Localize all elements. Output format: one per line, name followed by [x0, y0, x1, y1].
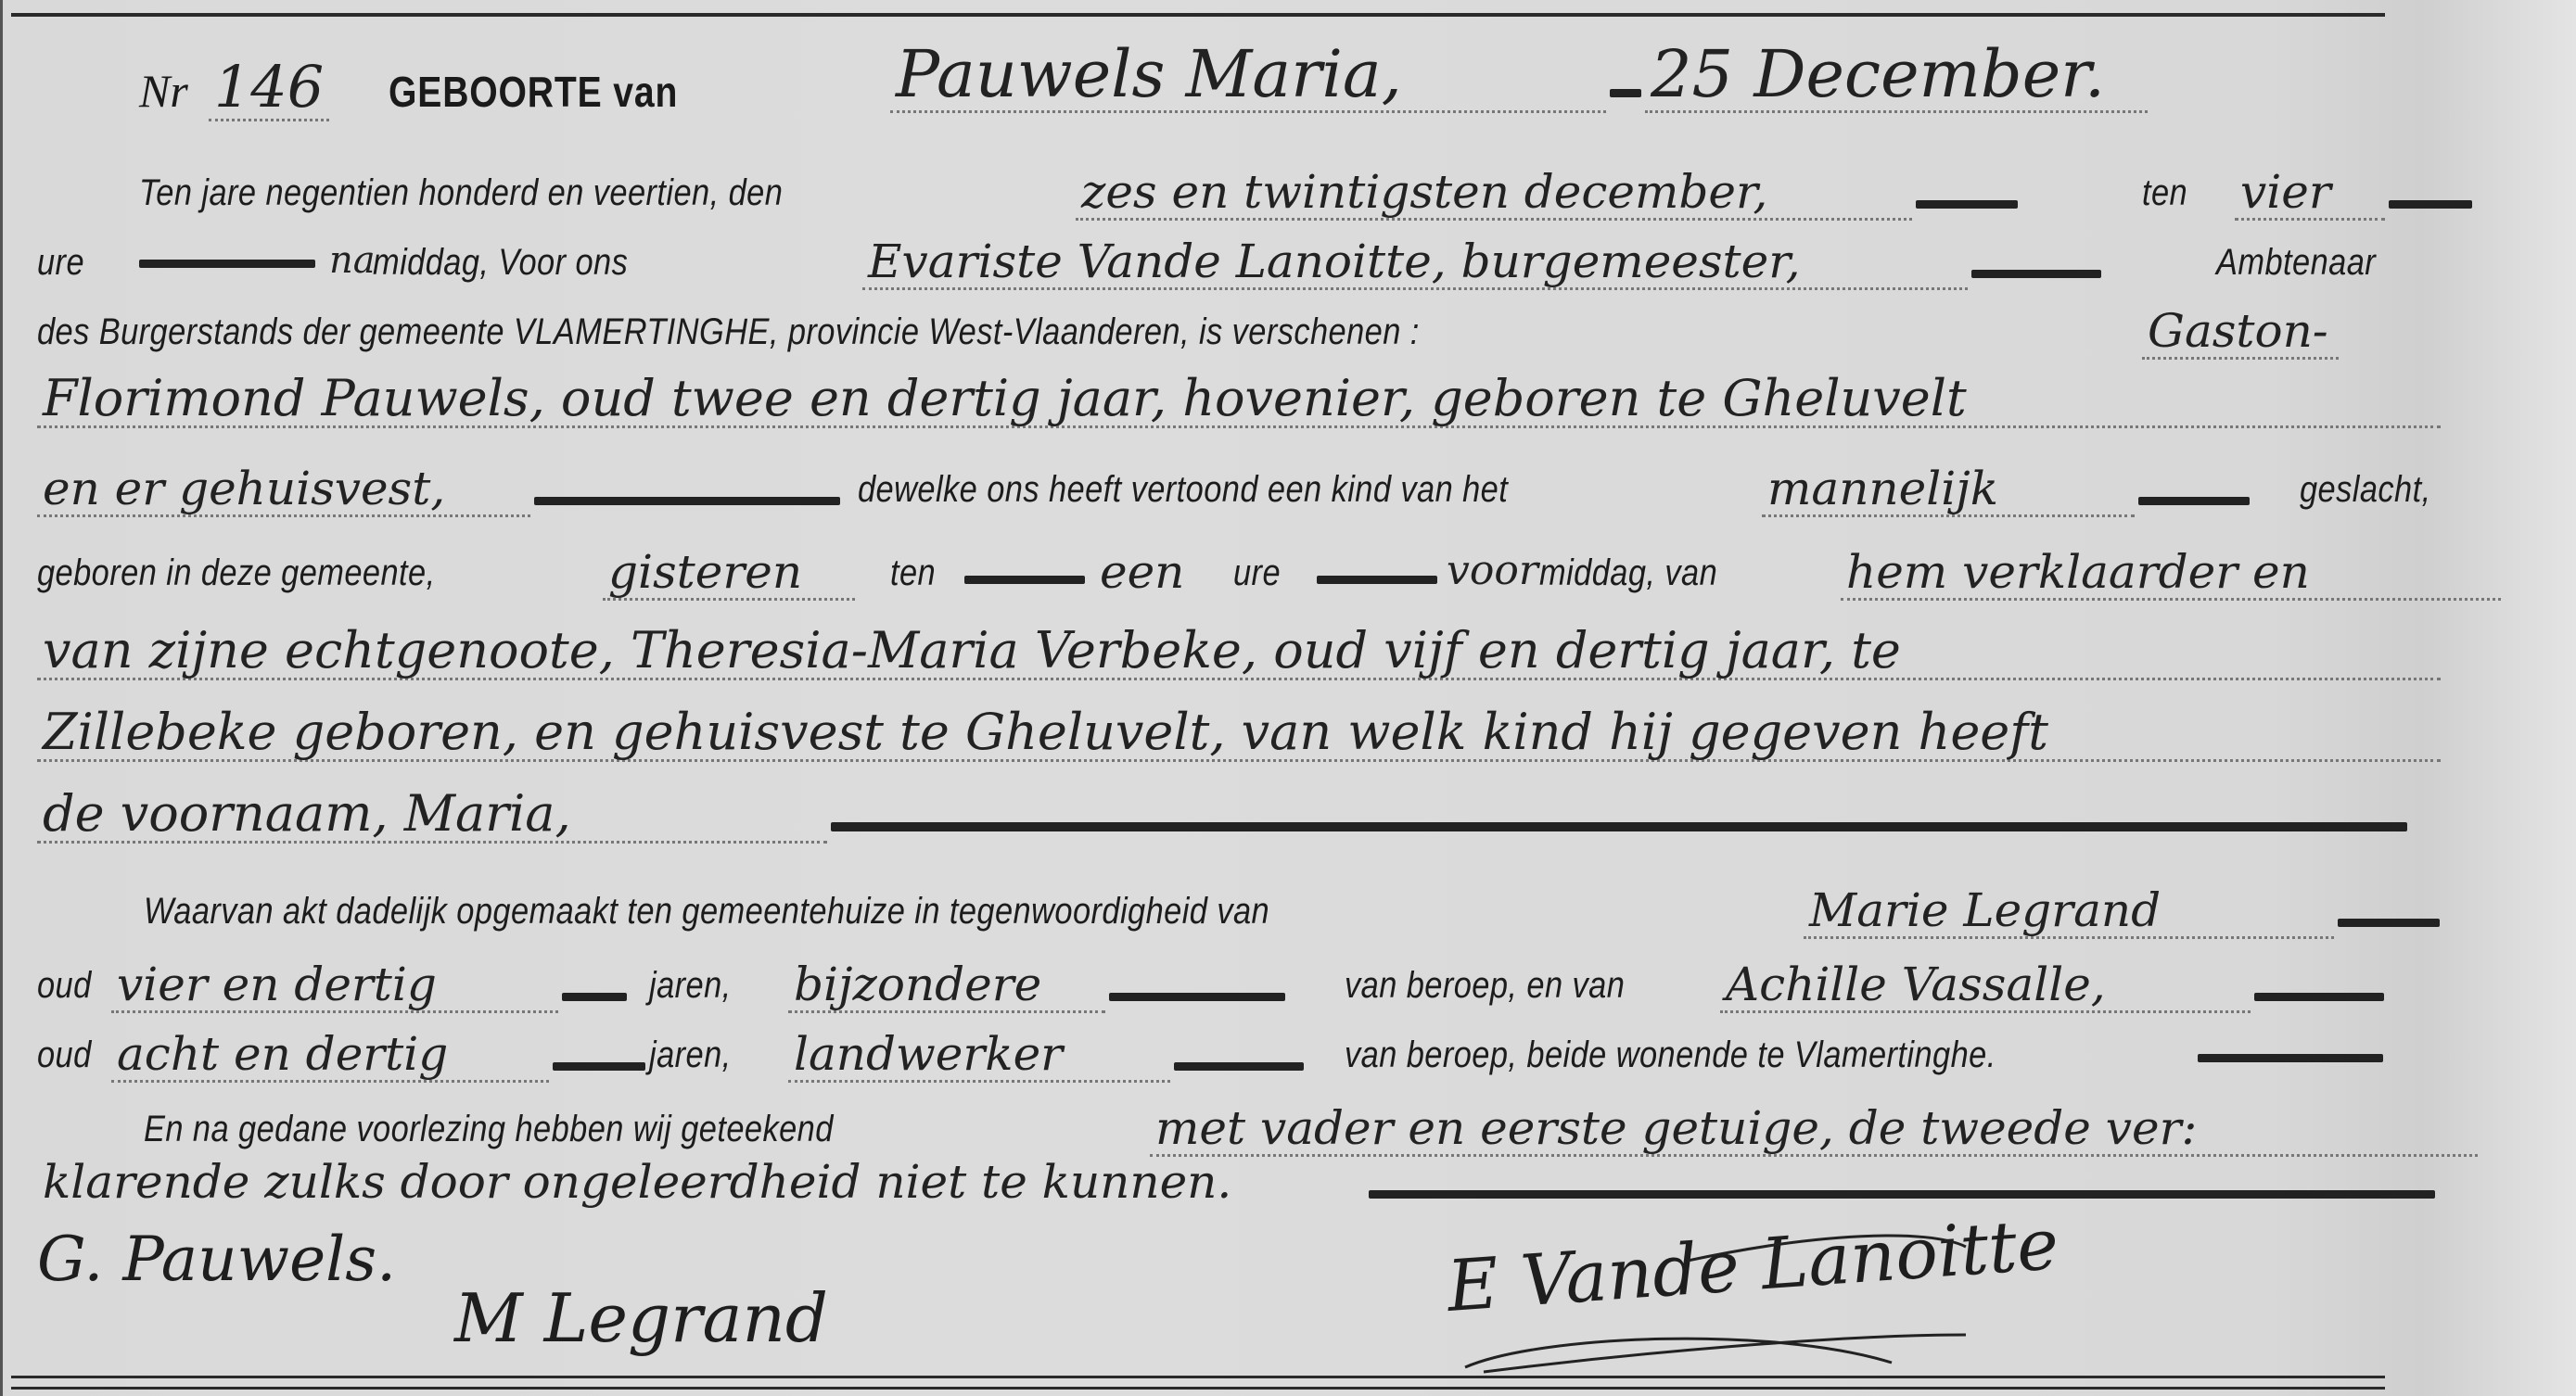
- handwritten-witness-2: Achille Vassalle,: [1720, 959, 2251, 1013]
- handwritten-witness-1-occupation: bijzondere: [788, 959, 1105, 1013]
- printed-text: geboren in deze gemeente,: [37, 552, 436, 594]
- printed-text: ten: [2142, 172, 2187, 214]
- printed-text: ure: [37, 242, 84, 284]
- printed-text: jaren,: [649, 965, 732, 1007]
- filler-bar: [964, 576, 1085, 584]
- printed-text: ten: [890, 552, 936, 594]
- handwritten-father-name-start: Gaston-: [2142, 306, 2339, 360]
- printed-text: oud: [37, 965, 92, 1007]
- filler-bar: [562, 993, 627, 1001]
- birth-date: 25 December.: [1645, 39, 2148, 113]
- handwritten-hour: vier: [2235, 167, 2385, 221]
- subject-name: Pauwels Maria,: [890, 39, 1606, 113]
- filler-bar: [1109, 993, 1285, 1001]
- handwritten-official: Evariste Vande Lanoitte, burgemeester,: [862, 236, 1968, 290]
- handwritten-sex: mannelijk: [1762, 463, 2135, 517]
- printed-text: oud: [37, 1034, 92, 1076]
- handwritten-date: zes en twintigsten december,: [1076, 167, 1912, 221]
- printed-text: jaren,: [649, 1034, 732, 1076]
- handwritten-hour: een: [1094, 547, 1190, 598]
- handwritten-witness-1-age: vier en dertig: [111, 959, 558, 1013]
- header-subject: Pauwels Maria, 25 December.: [890, 39, 2148, 113]
- handwritten-father-details: Florimond Pauwels, oud twee en dertig ja…: [37, 371, 2441, 428]
- filler-bar: [831, 822, 2407, 831]
- filler-bar: [1916, 200, 2018, 209]
- printed-text: dewelke ons heeft vertoond een kind van …: [858, 469, 1508, 511]
- filler-bar: [1610, 89, 1641, 97]
- printed-text: Ambtenaar: [2216, 242, 2376, 284]
- handwritten-witness-1: Marie Legrand: [1804, 885, 2334, 939]
- printed-text: des Burgerstands der gemeente VLAMERTING…: [37, 311, 1420, 353]
- handwritten-day: gisteren: [603, 547, 855, 601]
- certificate-title: GEBOORTE van: [389, 67, 678, 117]
- handwritten-signing-note: met vader en eerste getuige, de tweede v…: [1150, 1103, 2478, 1157]
- signature-witness: M Legrand: [454, 1279, 828, 1357]
- printed-text: Ten jare negentien honderd en veertien, …: [139, 172, 783, 214]
- bottom-rule-2: [11, 1387, 2385, 1390]
- number-label: Nr: [139, 65, 188, 117]
- printed-text: En na gedane voorlezing hebben wij getee…: [144, 1109, 834, 1150]
- handwritten-part-of-day: voor: [1447, 549, 1538, 593]
- birth-certificate-page: Nr 146 GEBOORTE van Pauwels Maria, 25 De…: [0, 0, 2576, 1396]
- filler-bar: [553, 1062, 645, 1071]
- signature-father: G. Pauwels.: [37, 1224, 396, 1295]
- handwritten-mother-details: van zijne echtgenoote, Theresia-Maria Ve…: [37, 623, 2441, 680]
- certificate-number: 146: [209, 56, 329, 121]
- printed-text: van beroep, en van: [1345, 965, 1625, 1007]
- handwritten-declarant: hem verklaarder en: [1841, 547, 2501, 601]
- handwritten-signing-note-cont: klarende zulks door ongeleerdheid niet t…: [37, 1157, 1365, 1208]
- printed-text: middag, Voor ons: [373, 242, 628, 284]
- handwritten-part-of-day: na: [329, 240, 376, 281]
- filler-bar: [2254, 993, 2384, 1001]
- printed-text: van beroep, beide wonende te Vlamertingh…: [1345, 1034, 1996, 1076]
- top-rule: [11, 13, 2385, 17]
- filler-bar: [2389, 200, 2472, 209]
- filler-bar: [1174, 1062, 1304, 1071]
- handwritten-witness-2-age: acht en dertig: [111, 1029, 549, 1083]
- filler-bar: [139, 260, 315, 268]
- filler-bar: [2198, 1054, 2383, 1062]
- printed-text: middag, van: [1539, 552, 1717, 594]
- printed-text: geslacht,: [2300, 469, 2431, 511]
- page-left-border: [0, 0, 3, 1396]
- printed-text: ure: [1233, 552, 1281, 594]
- printed-text: Waarvan akt dadelijk opgemaakt ten gemee…: [144, 891, 1269, 933]
- handwritten-given-name: de voornaam, Maria,: [37, 786, 827, 844]
- filler-bar: [1369, 1190, 2435, 1199]
- bottom-rule-1: [11, 1376, 2385, 1378]
- handwritten-witness-2-occupation: landwerker: [788, 1029, 1170, 1083]
- certificate-header: Nr 146 GEBOORTE van: [139, 56, 729, 121]
- filler-bar: [2138, 497, 2250, 505]
- filler-bar: [534, 497, 840, 505]
- signature-flourish-icon: [1447, 1205, 2096, 1390]
- handwritten-mother-residence: Zillebeke geboren, en gehuisvest te Ghel…: [37, 704, 2441, 762]
- filler-bar: [1971, 270, 2101, 278]
- filler-bar: [2338, 919, 2440, 927]
- handwritten-residence: en er gehuisvest,: [37, 463, 530, 517]
- filler-bar: [1317, 576, 1437, 584]
